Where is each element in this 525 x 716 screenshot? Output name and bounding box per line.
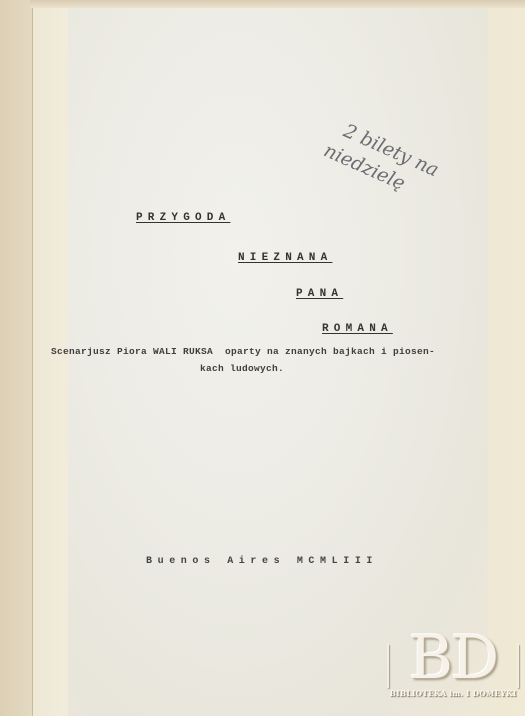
library-watermark-logo: BD BIBLIOTEKA im. I DOMEYKI [383,630,523,710]
logo-left-bar [387,644,389,688]
title-line-2: NIEZNANA [238,252,332,264]
title-line-1: PRZYGODA [136,212,230,224]
logo-letters: BD [383,630,523,686]
subtitle-line-1: Scenarjusz Piora WALI RUKSA oparty na zn… [51,346,435,357]
folder-sheet-right [488,6,525,716]
typed-page [68,6,488,716]
page-top-edge [30,0,525,8]
logo-caption: BIBLIOTEKA im. I DOMEYKI [383,689,523,698]
logo-right-bar [517,644,519,688]
place-date: Buenos Aires MCMLIII [146,556,378,567]
subtitle-line-2: kach ludowych. [200,363,284,374]
title-line-3: PANA [296,288,343,300]
title-line-4: ROMANA [322,323,393,335]
